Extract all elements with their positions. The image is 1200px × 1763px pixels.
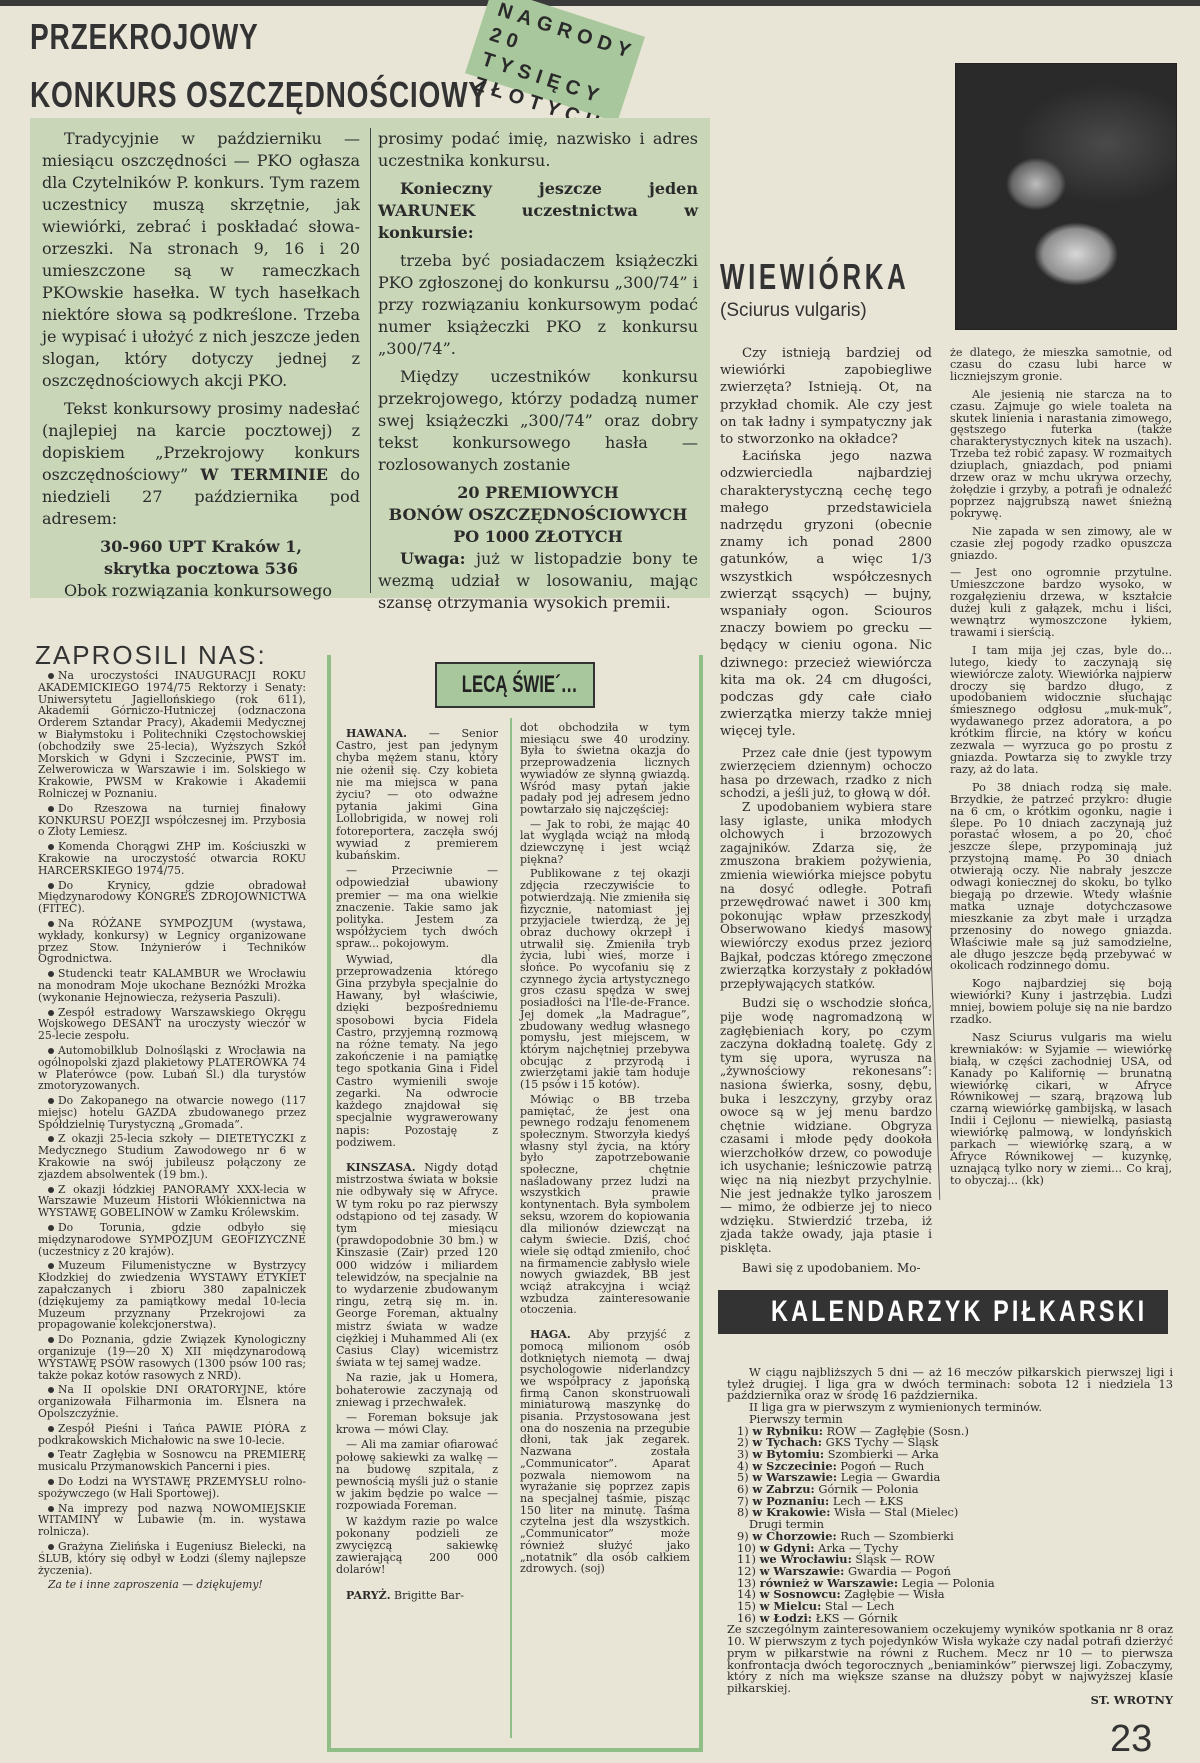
bullet-icon (48, 673, 54, 679)
bullet-icon (48, 1098, 54, 1104)
news-column-2: dot obchodziła w tym miesiącu swe 40 uro… (520, 722, 690, 1578)
squirrel-paragraph: że dlatego, że mieszka samotnie, od czas… (950, 347, 1172, 383)
news-column-1: HAWANA. — Senior Castro, jest pan jedyny… (336, 728, 498, 1605)
list-item: Muzeum Filumenistyczne w Bystrzycy Kłodz… (38, 1260, 306, 1331)
bullet-icon (48, 1337, 54, 1343)
squirrel-paragraph: I tam mija jej czas, byle do... lutego, … (950, 645, 1172, 776)
news-paragraph: Na razie, jak u Homera, bohaterowie zacz… (336, 1372, 498, 1409)
term2-fixtures: 9) w Chorzowie: Ruch — Szombierki 10) w … (727, 1531, 1173, 1625)
list-item: Do Łodzi na WYSTAWĘ PRZEMYSŁU rolno-spoż… (38, 1476, 306, 1500)
news-paragraph: PARYŻ. Brigitte Bar- (336, 1590, 498, 1602)
list-item: Z okazji łódzkiej PANORAMY XXX-lecia w W… (38, 1184, 306, 1219)
bullet-icon (48, 1479, 54, 1485)
contest-paragraph: trzeba być posiadaczem książeczki PKO zg… (378, 250, 698, 360)
news-title: LECĄ ŚWIE´… (462, 664, 578, 706)
list-item: Do Zakopanego na otwarcie nowego (117 mi… (38, 1095, 306, 1130)
list-item: Do Torunia, gdzie odbyło się międzynarod… (38, 1222, 306, 1257)
contest-paragraph: prosimy podać imię, nazwisko i adres ucz… (378, 128, 698, 172)
bullet-icon (48, 806, 54, 812)
bullet-icon (48, 921, 54, 927)
bullet-icon (48, 844, 54, 850)
list-item: Do Rzeszowa na turniej finałowy KONKURSU… (38, 803, 306, 838)
bullet-icon (48, 1506, 54, 1512)
news-paragraph: Publikowane z tej okazji zdjęcia rzeczyw… (520, 868, 690, 1090)
squirrel-photo (955, 63, 1177, 330)
bullet-icon (48, 1187, 54, 1193)
invitations-closing: Za te i inne zaproszenia — dziękujemy! (38, 1579, 306, 1591)
bullet-icon (48, 1387, 54, 1393)
squirrel-title: WIEWIÓRKA (720, 256, 909, 298)
contest-note: Uwaga: już w listopadzie bony te wezmą u… (378, 548, 698, 614)
squirrel-paragraph: Po 38 dniach rodzą się małe. Brzydkie, ż… (950, 782, 1172, 973)
column-divider (370, 128, 371, 593)
contest-paragraph: Między uczestników konkursu przekrojoweg… (378, 366, 698, 476)
bullet-icon (48, 1452, 54, 1458)
news-paragraph: — Foreman boksuje jak krowa — mówi Clay. (336, 1412, 498, 1436)
prize-line1: 20 PREMIOWYCH (378, 482, 698, 504)
list-item: Zespół estradowy Warszawskiego Okręgu Wo… (38, 1007, 306, 1042)
list-item: Komenda Chorągwi ZHP im. Kościuszki w Kr… (38, 841, 306, 876)
squirrel-paragraph: Przez całe dnie (jest typowym zwierzęcie… (720, 747, 932, 801)
news-paragraph: — Jak to robi, że mając 40 lat wygląda w… (520, 819, 690, 866)
contest-right-column: prosimy podać imię, nazwisko i adres ucz… (378, 128, 698, 614)
bullet-icon (48, 1048, 54, 1054)
squirrel-paragraph: Budzi się o wschodzie słońca, pije wodę … (720, 997, 932, 1255)
bullet-icon (48, 1136, 54, 1142)
deadline-label: W TERMINIE (200, 465, 328, 484)
list-item: Do Krynicy, gdzie obradował Międzynarodo… (38, 880, 306, 915)
list-item: Teatr Zagłębia w Sosnowcu na PREMIERĘ mu… (38, 1449, 306, 1473)
author-signature: ST. WROTNY (727, 1695, 1173, 1707)
prize-tag: NAGRODY 20 TYSIĘCY ZŁOTYCH (465, 0, 645, 123)
invitations-list: Na uroczystości INAUGURACJI ROKU AKADEMI… (38, 670, 306, 1594)
news-column-divider (510, 718, 512, 1738)
squirrel-paragraph: Ale jesienią nie starcza na to czasu. Za… (950, 389, 1172, 520)
contest-title-line2: KONKURS OSZCZĘDNOŚCIOWY (30, 66, 389, 124)
condition-heading: Konieczny jeszcze jeden WARUNEK uczestni… (378, 178, 698, 244)
term1-fixtures: 1) w Rybniku: ROW — Zagłębie (Sosn.) 2) … (727, 1426, 1173, 1520)
contest-paragraph: Tekst konkursowy prosimy nadesłać (najle… (42, 398, 360, 530)
contest-paragraph: Obok rozwiązania konkursowego (42, 580, 360, 602)
squirrel-column-2: że dlatego, że mieszka samotnie, od czas… (950, 347, 1172, 1187)
news-paragraph: KINSZASA. Nigdy dotąd mistrzostwa świata… (336, 1162, 498, 1369)
squirrel-paragraph: Łacińska jego nazwa odzwierciedla najbar… (720, 448, 932, 740)
calendar-intro: W ciągu najbliższych 5 dni — aż 16 meczó… (727, 1367, 1173, 1402)
list-item: Grażyna Zielińska i Eugeniusz Bielecki, … (38, 1541, 306, 1576)
bullet-icon (48, 1263, 54, 1269)
news-paragraph: HAGA. Aby przyjść z pomocą milionom osób… (520, 1329, 690, 1575)
football-calendar-banner: KALENDARZYK PIŁKARSKI (718, 1290, 1168, 1334)
news-paragraph: Wywiad, dla przeprowadzenia którego Gina… (336, 954, 498, 1149)
contest-title-line1: PRZEKROJOWY (30, 8, 389, 66)
squirrel-paragraph: Z upodobaniem wybiera stare lasy iglaste… (720, 801, 932, 991)
list-item: Automobilklub Dolnośląski z Wrocławia na… (38, 1045, 306, 1092)
list-item: Na imprezy pod nazwą NOWOMIEJSKIE WITAMI… (38, 1503, 306, 1538)
list-item: Studencki teatr KALAMBUR we Wrocławiu na… (38, 968, 306, 1003)
squirrel-latin-name: (Sciurus vulgaris) (720, 300, 867, 322)
prize-line3: PO 1000 ZŁOTYCH (378, 526, 698, 548)
prize-line2: BONÓW OSZCZĘDNOŚCIOWYCH (378, 504, 698, 526)
address-line1: 30-960 UPT Kraków 1, (42, 536, 360, 558)
list-item: Na II opolskie DNI ORATORYJNE, które org… (38, 1384, 306, 1419)
list-item: Z okazji 25-lecia szkoły — DIETETYCZKI z… (38, 1133, 306, 1180)
football-calendar-body: W ciągu najbliższych 5 dni — aż 16 meczó… (727, 1367, 1173, 1706)
news-paragraph: — Ali ma zamiar ofiarować połowę sakiewk… (336, 1439, 498, 1512)
football-calendar-title: KALENDARZYK PIŁKARSKI (771, 1290, 1147, 1334)
contest-left-column: Tradycyjnie w październiku — miesiącu os… (42, 128, 360, 602)
squirrel-paragraph: — Jest ono ogromnie przytulne. Umieszczo… (950, 567, 1172, 638)
list-item: Na uroczystości INAUGURACJI ROKU AKADEMI… (38, 670, 306, 800)
bullet-icon (48, 971, 54, 977)
contest-headline: PRZEKROJOWY KONKURS OSZCZĘDNOŚCIOWY (30, 8, 389, 124)
squirrel-paragraph: Kogo najbardziej się boją wiewiórki? Kun… (950, 978, 1172, 1026)
squirrel-paragraph: Nie zapada w sen zimowy, ale w czasie zł… (950, 526, 1172, 562)
news-title-box: LECĄ ŚWIE´… (435, 662, 595, 708)
news-paragraph: — Przeciwnie — odpowiedział ubawiony pre… (336, 865, 498, 950)
squirrel-paragraph: Nasz Sciurus vulgaris ma wielu krewniakó… (950, 1032, 1172, 1187)
list-item: Zespół Pieśni i Tańca PAWIE PIÓRA z podk… (38, 1423, 306, 1447)
invitations-title: ZAPROSILI NAS: (35, 640, 267, 671)
news-paragraph: HAWANA. — Senior Castro, jest pan jedyny… (336, 728, 498, 862)
bullet-icon (48, 1225, 54, 1231)
bullet-icon (48, 1544, 54, 1550)
bullet-icon (48, 1426, 54, 1432)
bullet-icon (48, 883, 54, 889)
bullet-icon (48, 1010, 54, 1016)
news-paragraph: Mówiąc o BB trzeba pamiętać, że jest ona… (520, 1094, 690, 1316)
top-edge-band (0, 0, 1200, 6)
list-item: Na RÓŻANE SYMPOZJUM (wystawa, wykłady, k… (38, 918, 306, 965)
calendar-outro: Ze szczególnym zainteresowaniem oczekuje… (727, 1624, 1173, 1694)
contest-paragraph: Tradycyjnie w październiku — miesiącu os… (42, 128, 360, 392)
page-number: 23 (1110, 1718, 1152, 1761)
squirrel-paragraph: Czy istnieją bardziej od wiewiórki zapob… (720, 345, 932, 448)
address-line2: skrytka pocztowa 536 (42, 558, 360, 580)
squirrel-column-1: Czy istnieją bardziej od wiewiórki zapob… (720, 345, 932, 1275)
news-paragraph: dot obchodziła w tym miesiącu swe 40 uro… (520, 722, 690, 816)
squirrel-paragraph: Bawi się z upodobaniem. Mo- (720, 1262, 932, 1276)
list-item: Do Poznania, gdzie Związek Kynologiczny … (38, 1334, 306, 1381)
news-paragraph: W każdym razie po walce pokonany podziel… (336, 1516, 498, 1577)
